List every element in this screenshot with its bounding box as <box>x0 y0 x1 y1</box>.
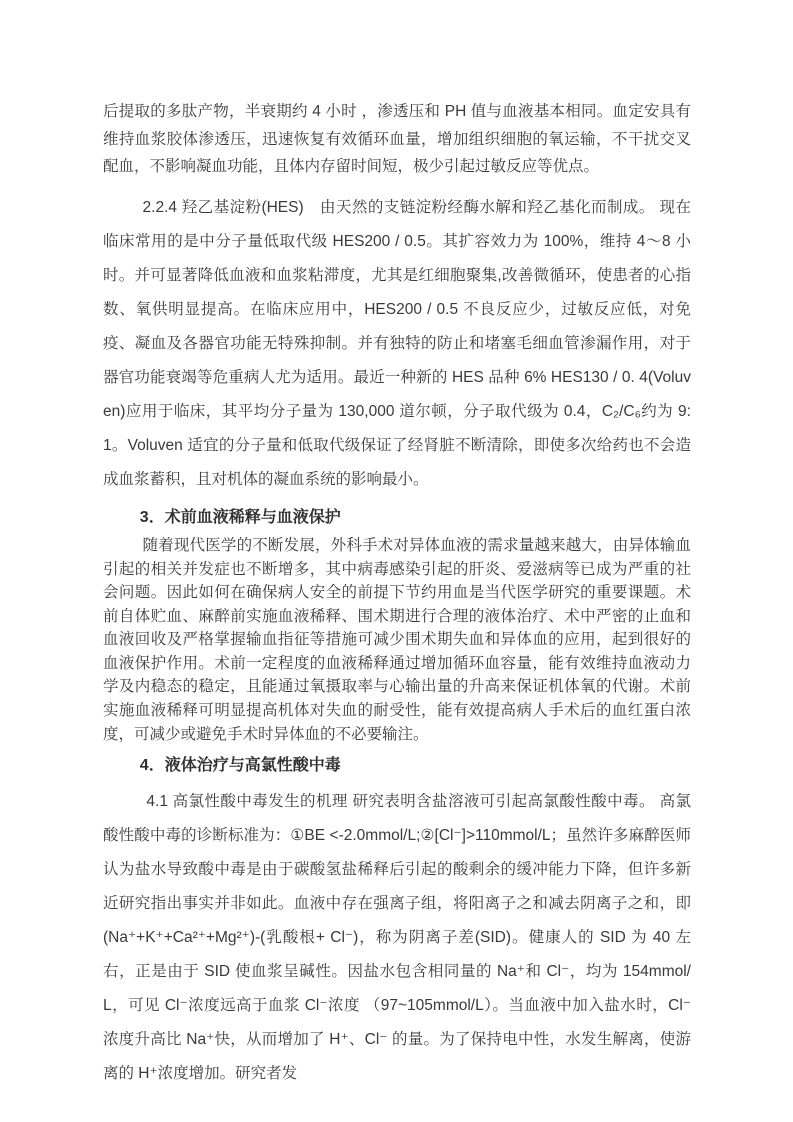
section-4-paragraph-41: 4.1 高氯性酸中毒发生的机理 研究表明含盐溶液可引起高氯酸性酸中毒。 高氯酸性… <box>103 785 691 1092</box>
document-page: 后提取的多肽产物，半衰期约 4 小时 ，渗透压和 PH 值与血液基本相同。血定安… <box>0 0 793 1122</box>
section-4-heading: 4．液体治疗与高氯性酸中毒 <box>103 753 691 779</box>
section-3-heading: 3．术前血液稀释与血液保护 <box>103 505 691 531</box>
section-3-paragraph: 随着现代医学的不断发展，外科手术对异体血液的需求量越来越大，由异体输血引起的相关… <box>103 534 691 746</box>
paragraph-gelatin-continuation: 后提取的多肽产物，半衰期约 4 小时 ，渗透压和 PH 值与血液基本相同。血定安… <box>103 98 691 181</box>
paragraph-hes-224: 2.2.4 羟乙基淀粉(HES) 由天然的支链淀粉经酶水解和羟乙基化而制成。 现… <box>103 191 691 498</box>
